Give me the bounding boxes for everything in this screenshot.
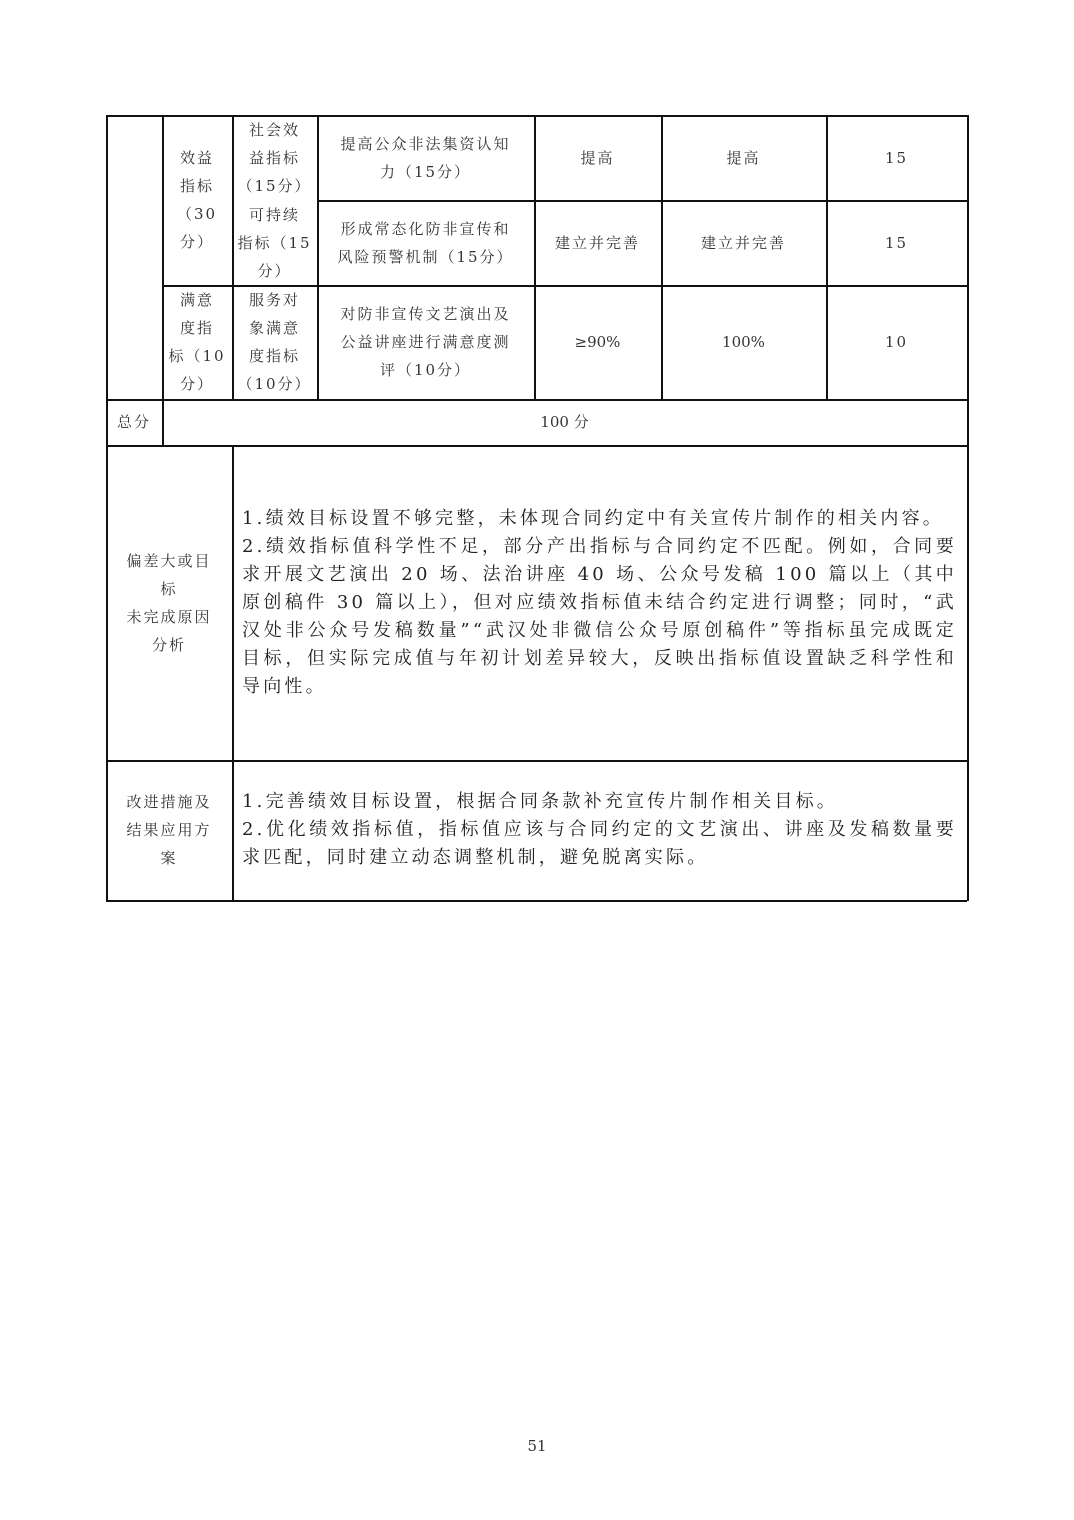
total-score-value: 100 分 (162, 399, 967, 445)
social-benefit-category: 社会效 益指标 （15分） (232, 115, 317, 200)
improvement-item-2: 2.优化绩效指标值，指标值应该与合同约定的文艺演出、讲座及发稿数量要求匹配，同时… (242, 816, 957, 872)
total-score-label: 总分 (106, 399, 162, 445)
sustainability-target: 建立并完善 (534, 200, 661, 285)
sustainability-indicator: 形成常态化防非宣传和 风险预警机制（15分） (317, 200, 534, 285)
satisfaction-category: 服务对 象满意 度指标 （10分） (232, 285, 317, 399)
social-benefit-score: 15 (826, 115, 967, 200)
page-number: 51 (0, 1437, 1074, 1455)
deviation-item-1: 1.绩效目标设置不够完整，未体现合同约定中有关宣传片制作的相关内容。 (242, 505, 957, 533)
benefit-indicator-label: 效益 指标 （30 分） (162, 115, 232, 285)
satisfaction-indicator-label: 满意 度指 标（10 分） (162, 285, 232, 399)
social-benefit-target: 提高 (534, 115, 661, 200)
social-benefit-indicator: 提高公众非法集资认知 力（15分） (317, 115, 534, 200)
satisfaction-actual: 100% (661, 285, 826, 399)
improvement-item-1: 1.完善绩效目标设置，根据合同条款补充宣传片制作相关目标。 (242, 788, 957, 816)
sustainability-category: 可持续 指标（15 分） (232, 200, 317, 285)
improvement-measures-content: 1.完善绩效目标设置，根据合同条款补充宣传片制作相关目标。 2.优化绩效指标值，… (232, 760, 967, 900)
table-border-right (967, 115, 969, 901)
deviation-analysis-content: 1.绩效目标设置不够完整，未体现合同约定中有关宣传片制作的相关内容。 2.绩效指… (232, 445, 967, 760)
sustainability-score: 15 (826, 200, 967, 285)
satisfaction-score: 10 (826, 285, 967, 399)
table-border-bottom (106, 900, 967, 902)
deviation-analysis-label: 偏差大或目 标 未完成原因 分析 (106, 445, 232, 760)
deviation-item-2: 2.绩效指标值科学性不足，部分产出指标与合同约定不匹配。例如，合同要求开展文艺演… (242, 533, 957, 701)
sustainability-actual: 建立并完善 (661, 200, 826, 285)
satisfaction-target: ≥90% (534, 285, 661, 399)
improvement-measures-label: 改进措施及 结果应用方 案 (106, 760, 232, 900)
satisfaction-indicator: 对防非宣传文艺演出及 公益讲座进行满意度测 评（10分） (317, 285, 534, 399)
social-benefit-actual: 提高 (661, 115, 826, 200)
